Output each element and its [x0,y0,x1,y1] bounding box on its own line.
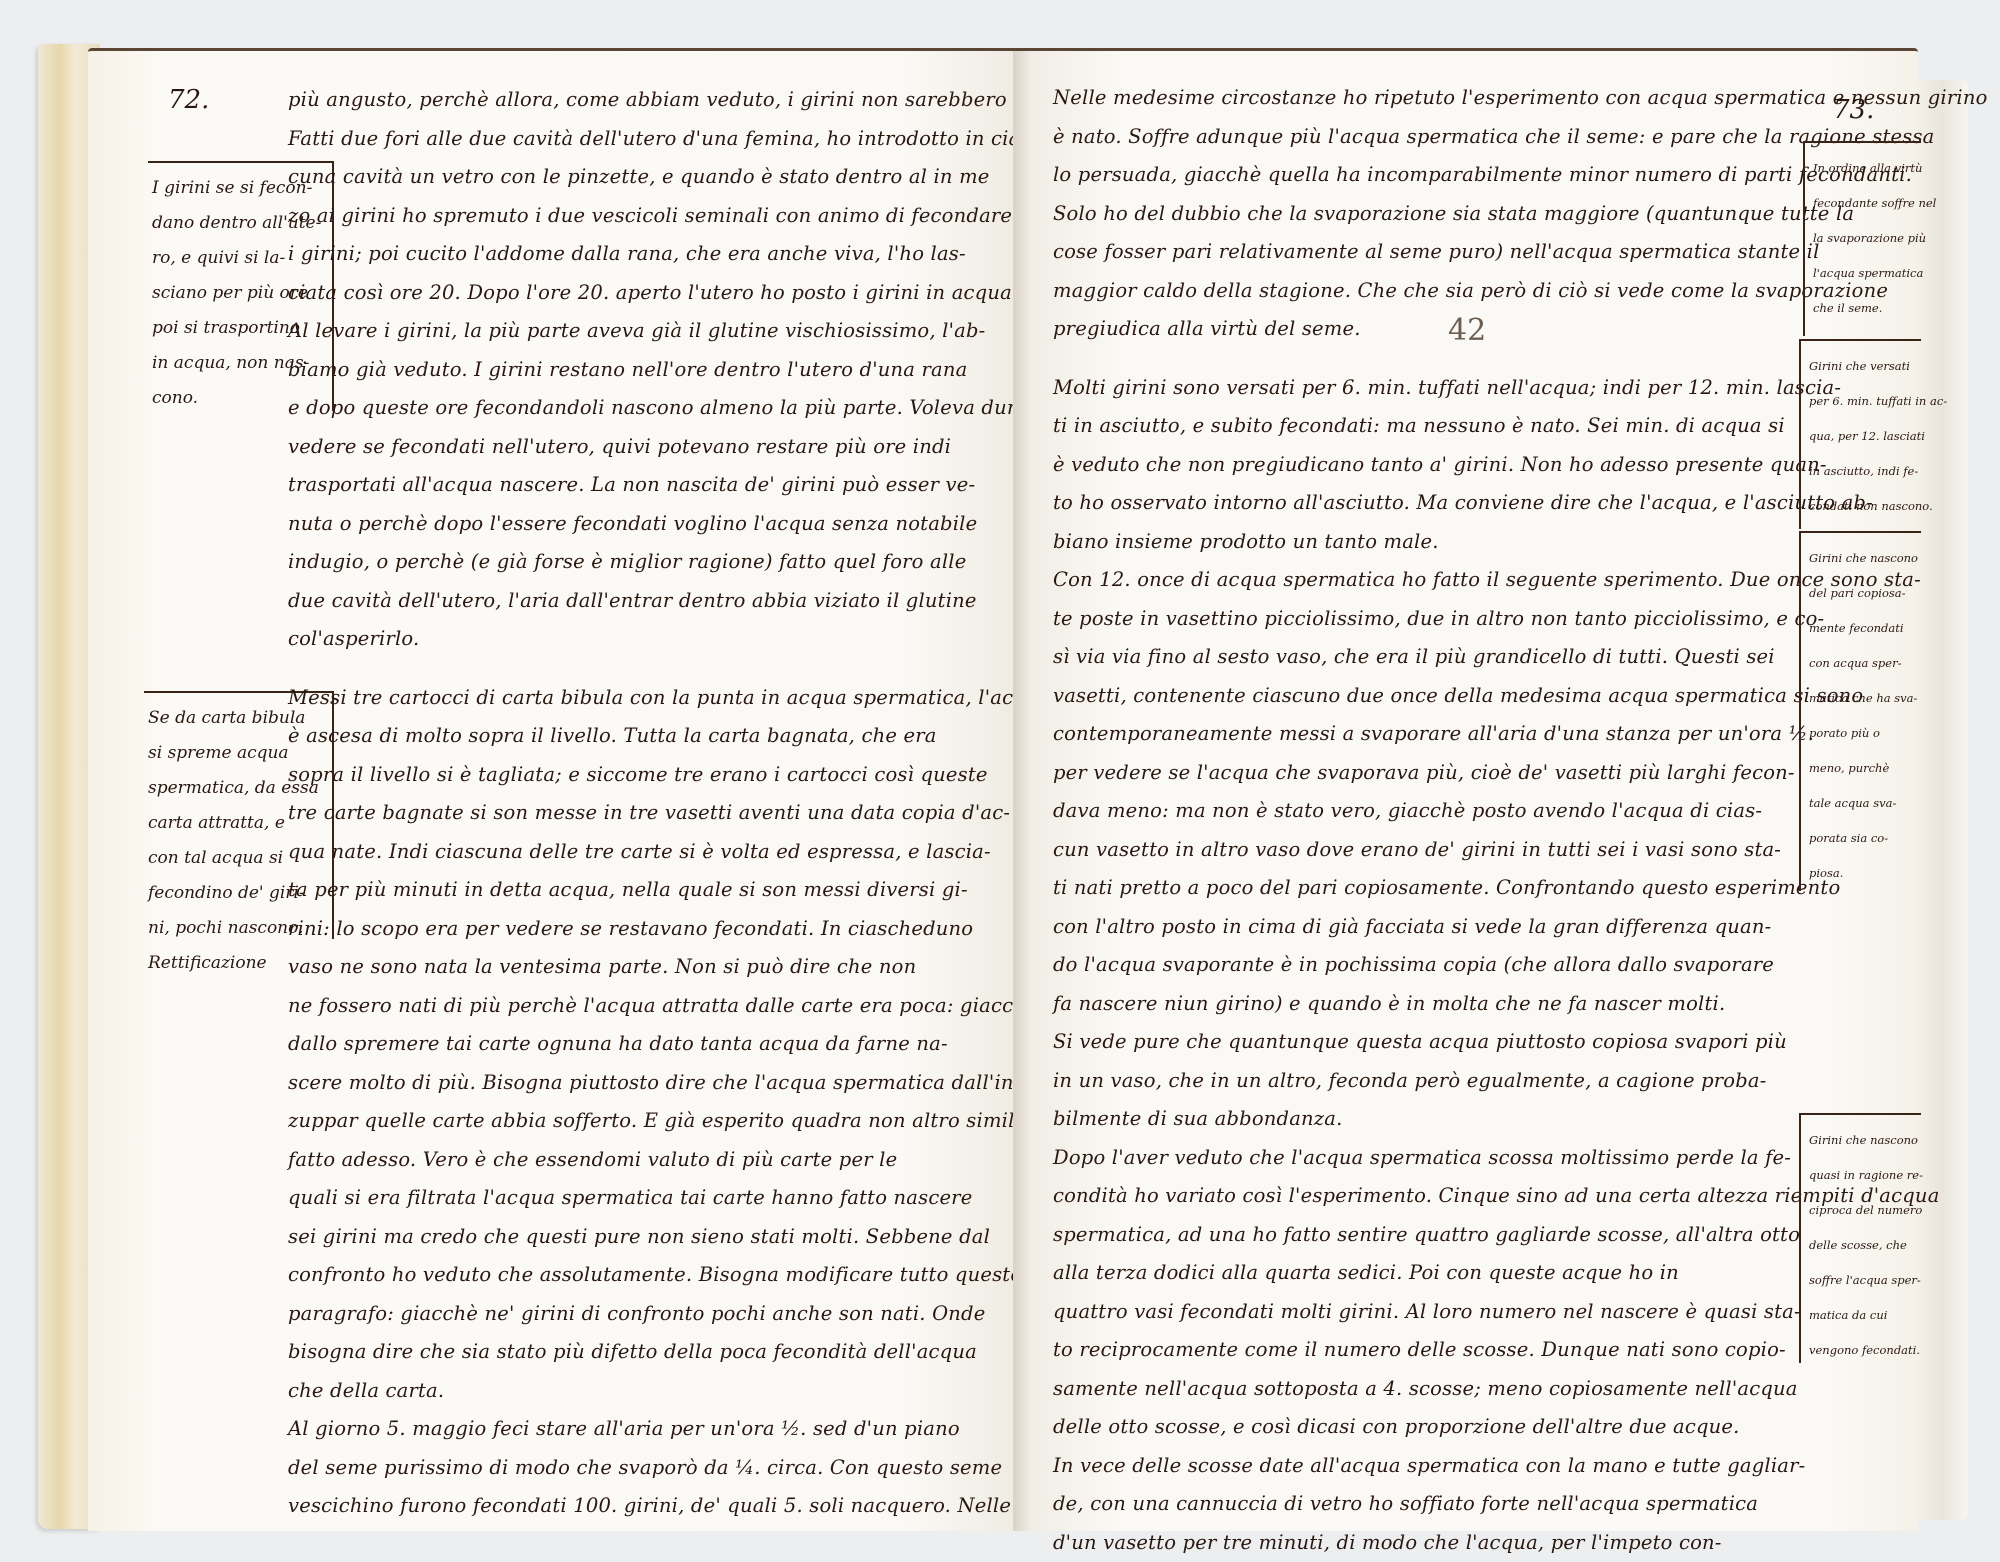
left-page-number: 72. [168,85,209,115]
text-line: i girini; poi cucito l'addome dalla rana… [288,235,1059,274]
margin-line: per 6. min. tuffati in ac- [1809,384,1915,419]
text-line: ta per più minuti in detta acqua, nella … [288,871,1059,910]
text-line: ciata così ore 20. Dopo l'ore 20. aperto… [288,274,1059,313]
margin-line: condati non nascono. [1809,489,1915,524]
text-line: è ascesa di molto sopra il livello. Tutt… [288,717,1059,756]
text-line: vescichino furono fecondati 100. girini,… [288,1487,1059,1526]
right-margin-note-3: Girini che nascono del pari copiosa- men… [1799,531,1921,891]
margin-line: che il seme. [1813,291,1915,326]
right-margin-note-4: Girini che nascono quasi in ragione re- … [1799,1113,1921,1363]
left-page: 72. I girini se si fecon- dano dentro al… [88,48,1048,1531]
text-line: vedere se fecondati nell'utero, quivi po… [288,428,1059,467]
text-line: do l'acqua svaporante è in pochissima co… [1053,946,1988,985]
text-line: samente nell'acqua sottoposta a 4. scoss… [1053,1370,1988,1409]
text-line: in un vaso, che in un altro, feconda per… [1053,1062,1988,1101]
text-line: d'un vasetto per tre minuti, di modo che… [1053,1524,1988,1562]
right-margin-note-2: Girini che versati per 6. min. tuffati i… [1799,339,1921,529]
margin-line: matica che ha sva- [1809,681,1915,716]
text-line: sei girini ma credo che questi pure non … [288,1218,1059,1257]
text-line: confronto ho veduto che assolutamente. B… [288,1256,1059,1295]
text-line: bisogna dire che sia stato più difetto d… [288,1333,1059,1372]
text-line: Fatti due fori alle due cavità dell'uter… [288,120,1059,159]
text-line: qua nate. Indi ciascuna delle tre carte … [288,833,1059,872]
text-line: indugio, o perchè (e già forse è miglior… [288,543,1059,582]
margin-line: l'acqua spermatica [1813,256,1915,291]
text-line: de, con una cannuccia di vetro ho soffia… [1053,1485,1988,1524]
text-line: più angusto, perchè allora, come abbiam … [288,81,1059,120]
margin-line: In ordine alla virtù [1813,151,1915,186]
text-line: cuna cavità un vetro con le pinzette, e … [288,158,1059,197]
text-line: zuppar quelle carte abbia sofferto. E gi… [288,1102,1059,1141]
text-line: dallo spremere tai carte ognuna ha dato … [288,1025,1059,1064]
folio-number: 42 [1448,313,1486,348]
margin-line: delle scosse, che [1809,1228,1915,1263]
text-line: quali si era filtrata l'acqua spermatica… [288,1179,1059,1218]
margin-line: porata sia co- [1809,821,1915,856]
text-line: delle otto scosse, e così dicasi con pro… [1053,1408,1988,1447]
margin-line: Girini che nascono [1809,541,1915,576]
margin-line: tale acqua sva- [1809,786,1915,821]
margin-line: Girini che versati [1809,349,1915,384]
margin-line: ciproca del numero [1809,1193,1915,1228]
text-line: due cavità dell'utero, l'aria dall'entra… [288,582,1059,621]
margin-line: mente fecondati [1809,611,1915,646]
margin-line: quasi in ragione re- [1809,1158,1915,1193]
margin-line: qua, per 12. lasciati [1809,419,1915,454]
margin-line: Girini che nascono [1809,1123,1915,1158]
text-line: trasportati all'acqua nascere. La non na… [288,466,1059,505]
text-line: Messi tre cartocci di carta bibula con l… [288,679,1059,718]
text-line: In vece delle scosse date all'acqua sper… [1053,1447,1988,1486]
margin-line: vengono fecondati. [1809,1333,1915,1368]
margin-line: la svaporazione più [1813,221,1915,256]
text-line: e dopo queste ore fecondandoli nascono a… [288,389,1059,428]
left-page-main-text: più angusto, perchè allora, come abbiam … [288,81,1059,1526]
margin-line: matica da cui [1809,1298,1915,1333]
text-line: col'asperirlo. [288,620,1059,659]
text-line: vaso ne sono nata la ventesima parte. No… [288,948,1059,987]
text-line: fa nascere niun girino) e quando è in mo… [1053,985,1988,1024]
right-margin-note-1: In ordine alla virtù fecondante soffre n… [1803,141,1921,336]
text-line: tre carte bagnate si son messe in tre va… [288,794,1059,833]
text-line: Al giorno 5. maggio feci stare all'aria … [288,1410,1059,1449]
right-page-number: 73. [1833,95,1874,125]
text-line: rini: lo scopo era per vedere se restava… [288,910,1059,949]
text-line: Si vede pure che quantunque questa acqua… [1053,1023,1988,1062]
margin-line: meno, purchè [1809,751,1915,786]
margin-line: soffre l'acqua sper- [1809,1263,1915,1298]
margin-line: piosa. [1809,856,1915,891]
text-line: biamo già veduto. I girini restano nell'… [288,351,1059,390]
text-line: del seme purissimo di modo che svaporò d… [288,1449,1059,1488]
right-page: Nelle medesime circostanze ho ripetuto l… [1013,48,1918,1531]
margin-line: in asciutto, indi fe- [1809,454,1915,489]
text-line: ne fossero nati di più perchè l'acqua at… [288,987,1059,1026]
margin-line: porato più o [1809,716,1915,751]
text-line: zo ai girini ho spremuto i due vescicoli… [288,197,1059,236]
text-line: Al levare i girini, la più parte aveva g… [288,312,1059,351]
text-line: scere molto di più. Bisogna piuttosto di… [288,1064,1059,1103]
open-manuscript-book: 72. I girini se si fecon- dano dentro al… [38,30,1968,1535]
text-line: con l'altro posto in cima di già facciat… [1053,908,1988,947]
margin-line: con acqua sper- [1809,646,1915,681]
text-line: che della carta. [288,1372,1059,1411]
text-line: sopra il livello si è tagliata; e siccom… [288,756,1059,795]
text-line: fatto adesso. Vero è che essendomi valut… [288,1141,1059,1180]
text-line: paragrafo: giacchè ne' girini di confron… [288,1295,1059,1334]
margin-line: fecondante soffre nel [1813,186,1915,221]
margin-line: del pari copiosa- [1809,576,1915,611]
text-line: nuta o perchè dopo l'essere fecondati vo… [288,505,1059,544]
